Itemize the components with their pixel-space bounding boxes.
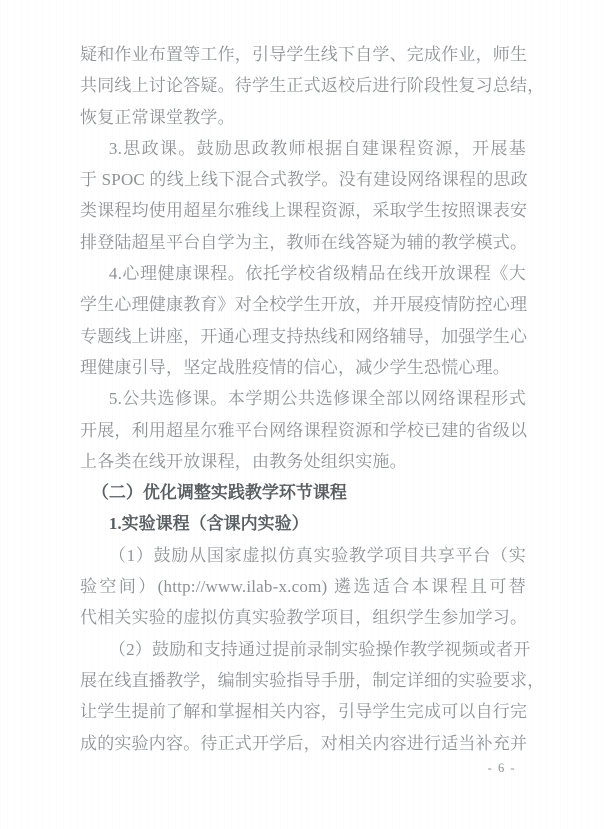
text-line: 疑和作业布置等工作，引导学生线下自学、完成作业，师生 [80, 39, 526, 70]
text-line: 代相关实验的虚拟仿真实验教学项目，组织学生参加学习。 [80, 602, 526, 633]
text-line: 共同线上讨论答疑。待学生正式返校后进行阶段性复习总结， [80, 70, 526, 101]
document-body: 疑和作业布置等工作，引导学生线下自学、完成作业，师生共同线上讨论答疑。待学生正式… [80, 39, 526, 759]
text-line: （1）鼓励从国家虚拟仿真实验教学项目共享平台（实 [80, 540, 526, 571]
text-line: 让学生提前了解和掌握相关内容，引导学生完成可以自行完 [80, 696, 526, 727]
document-page: 疑和作业布置等工作，引导学生线下自学、完成作业，师生共同线上讨论答疑。待学生正式… [0, 0, 604, 829]
heading-line: （二）优化调整实践教学环节课程 [80, 477, 526, 508]
text-line: 上各类在线开放课程，由教务处组织实施。 [80, 446, 526, 477]
text-line: 展在线直播教学，编制实验指导手册，制定详细的实验要求， [80, 665, 526, 696]
text-line: 学生心理健康教育》对全校学生开放，并开展疫情防控心理 [80, 289, 526, 320]
text-line: 3.思政课。鼓励思政教师根据自建课程资源，开展基 [80, 133, 526, 164]
text-line: 排登陆超星平台自学为主，教师在线答疑为辅的教学模式。 [80, 227, 526, 258]
text-line: 于 SPOC 的线上线下混合式教学。没有建设网络课程的思政 [80, 164, 526, 195]
text-line: 5.公共选修课。本学期公共选修课全部以网络课程形式 [80, 383, 526, 414]
page-number: - 6 - [80, 761, 516, 776]
text-line: （2）鼓励和支持通过提前录制实验操作教学视频或者开 [80, 634, 526, 665]
text-line: 验空间）(http://www.ilab-x.com) 遴选适合本课程且可替 [80, 571, 526, 602]
text-line: 开展，利用超星尔雅平台网络课程资源和学校已建的省级以 [80, 415, 526, 446]
text-line: 类课程均使用超星尔雅线上课程资源，采取学生按照课表安 [80, 195, 526, 226]
text-line: 专题线上讲座，开通心理支持热线和网络辅导，加强学生心 [80, 321, 526, 352]
text-line: 理健康引导，坚定战胜疫情的信心，减少学生恐慌心理。 [80, 352, 526, 383]
text-line: 4.心理健康课程。依托学校省级精品在线开放课程《大 [80, 258, 526, 289]
heading-line: 1.实验课程（含课内实验） [80, 508, 526, 539]
text-line: 成的实验内容。待正式开学后，对相关内容进行适当补充并 [80, 728, 526, 759]
text-line: 恢复正常课堂教学。 [80, 102, 526, 133]
